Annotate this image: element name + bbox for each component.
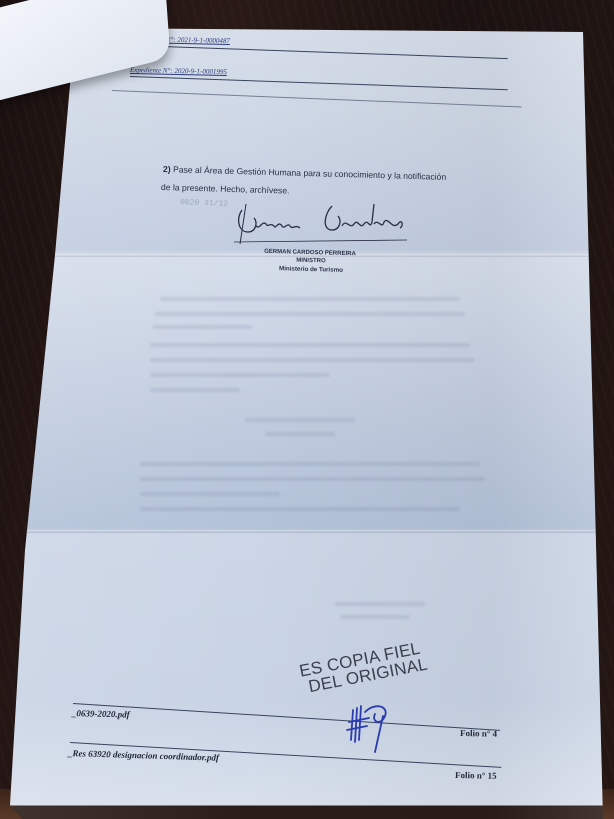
attachment-folio-2: Folio n° 15 — [455, 770, 497, 781]
handwritten-signature — [232, 196, 412, 248]
attachment-folio-1: Folio n° 4 — [460, 728, 497, 739]
document-page: Expediente N°: 2021-9-1-0000487 Expedien… — [0, 0, 614, 819]
item-number: 2) — [163, 164, 171, 174]
faint-bleed-through-number: 0020 31/12 — [180, 198, 228, 209]
fold-crease-lower — [0, 530, 614, 533]
handwritten-initials — [345, 700, 395, 755]
attachment-file-1: _0639-2020.pdf — [72, 708, 130, 720]
